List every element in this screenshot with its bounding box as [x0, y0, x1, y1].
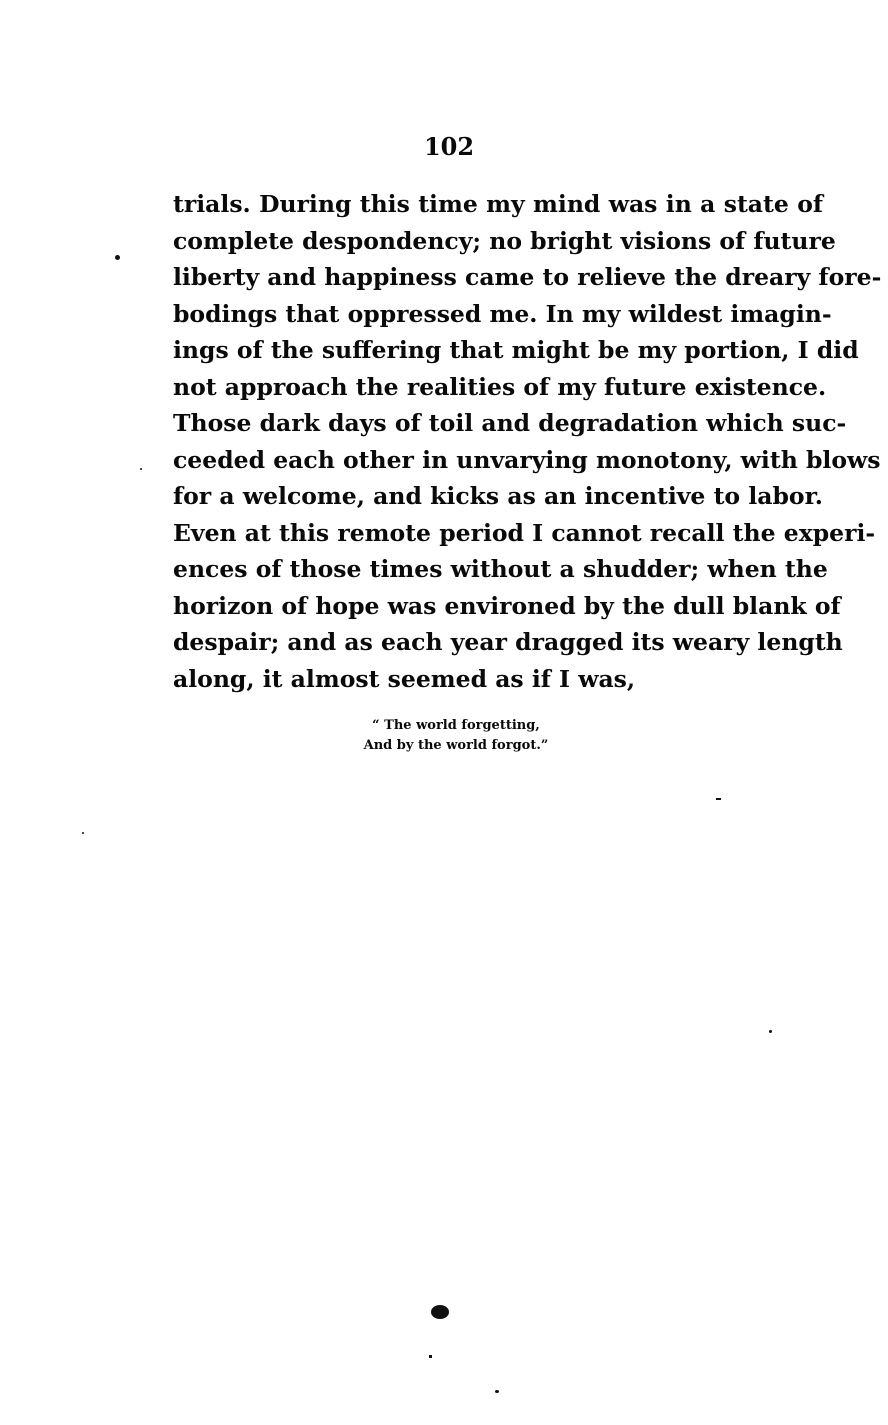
- text-line: trials. During this time my mind was in …: [173, 186, 823, 223]
- text-line: liberty and happiness came to relieve th…: [173, 259, 823, 296]
- scan-speck: [716, 798, 721, 800]
- text-line: not approach the realities of my future …: [173, 369, 823, 406]
- text-line: ceeded each other in unvarying monotony,…: [173, 442, 823, 479]
- text-line: Even at this remote period I cannot reca…: [173, 515, 823, 552]
- scan-speck: [431, 1305, 449, 1319]
- text-line: ings of the suffering that might be my p…: [173, 332, 823, 369]
- body-paragraph: trials. During this time my mind was in …: [173, 186, 823, 697]
- text-line: horizon of hope was environed by the dul…: [173, 588, 823, 625]
- page-number: 102: [0, 132, 888, 161]
- scan-speck: [115, 255, 120, 260]
- scan-speck: [140, 468, 142, 470]
- text-line: bodings that oppressed me. In my wildest…: [173, 296, 823, 333]
- text-line: for a welcome, and kicks as an incentive…: [173, 478, 823, 515]
- scan-speck: [769, 1030, 772, 1033]
- text-line: along, it almost seemed as if I was,: [173, 661, 823, 698]
- text-line: Those dark days of toil and degradation …: [173, 405, 823, 442]
- verse-quote: “ The world forgetting, And by the world…: [0, 716, 888, 756]
- text-line: ences of those times without a shudder; …: [173, 551, 823, 588]
- scan-speck: [82, 832, 84, 834]
- text-line: complete despondency; no bright visions …: [173, 223, 823, 260]
- quote-line: And by the world forgot.”: [24, 736, 888, 756]
- scan-speck: [495, 1390, 499, 1393]
- scan-speck: [429, 1355, 432, 1358]
- text-line: despair; and as each year dragged its we…: [173, 624, 823, 661]
- quote-line: “ The world forgetting,: [24, 716, 888, 736]
